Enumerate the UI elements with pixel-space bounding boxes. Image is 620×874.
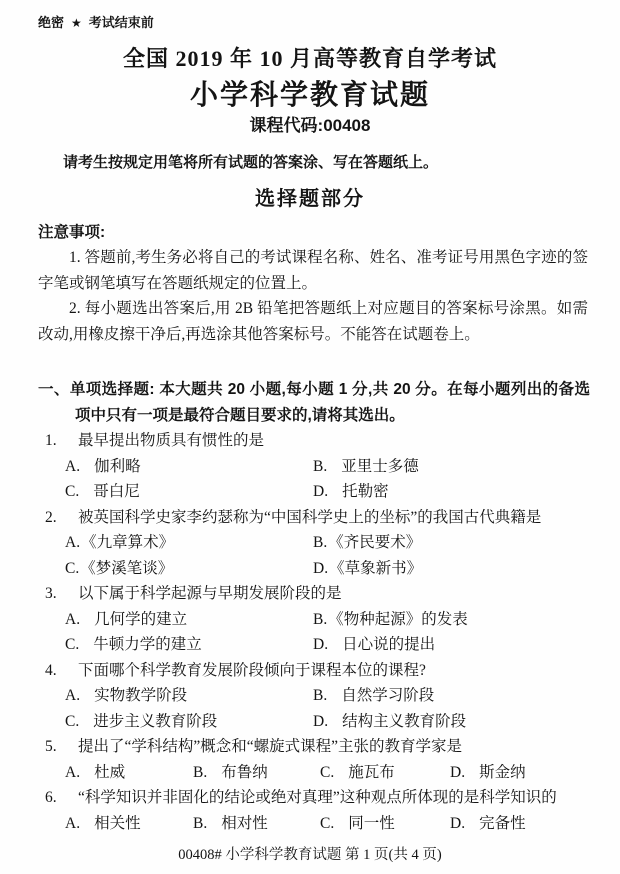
option-label: A. (65, 607, 80, 633)
star-icon: ★ (64, 16, 89, 30)
option-label: A. (65, 811, 80, 837)
option-text: 施瓦布 (348, 764, 395, 781)
option-label: B. (313, 454, 327, 480)
option-text: 日心说的提出 (342, 636, 435, 653)
options-grid: A.实物教学阶段 B.自然学习阶段 C.进步主义教育阶段 D.结构主义教育阶段 (65, 683, 620, 734)
exam-paper-page: 绝密★考试结束前 全国 2019 年 10 月高等教育自学考试 小学科学教育试题… (0, 0, 620, 874)
course-code: 课程代码:00408 (0, 115, 620, 137)
option-label: B. (313, 683, 327, 709)
option-label: A. (65, 454, 80, 480)
options-grid: A.几何学的建立 B.《物种起源》的发表 C.牛顿力学的建立 D.日心说的提出 (65, 607, 620, 658)
question-number: 2. (45, 505, 78, 531)
option-item: B.自然学习阶段 (313, 683, 620, 709)
option-label: C. (65, 709, 79, 735)
question-item: 6. “科学知识并非固化的结论或绝对真理”这种观点所体现的是科学知识的 A.相关… (0, 785, 620, 836)
question-number: 5. (45, 734, 78, 760)
question-number: 4. (45, 658, 78, 684)
security-label: 绝密 (38, 15, 64, 30)
option-item: D.《草象新书》 (313, 556, 620, 582)
question-stem: 被英国科学史家李约瑟称为“中国科学史上的坐标”的我国古代典籍是 (78, 505, 620, 531)
option-item: A.几何学的建立 (65, 607, 313, 633)
option-label: C. (65, 556, 79, 582)
option-item: A.伽利略 (65, 454, 313, 480)
option-text: 《草象新书》 (329, 560, 422, 577)
option-item: A.相关性 (65, 811, 193, 837)
option-text: 《物种起源》的发表 (328, 611, 468, 628)
option-item: C.进步主义教育阶段 (65, 709, 313, 735)
option-label: D. (313, 709, 328, 735)
option-text: 《齐民要术》 (328, 534, 421, 551)
option-text: 实物教学阶段 (94, 687, 187, 704)
option-label: B. (313, 607, 327, 633)
option-text: 进步主义教育阶段 (93, 713, 217, 730)
question-item: 5. 提出了“学科结构”概念和“螺旋式课程”主张的教育学家是 A.杜威 B.布鲁… (0, 734, 620, 785)
option-text: 《梦溪笔谈》 (80, 560, 173, 577)
question-number: 3. (45, 581, 78, 607)
option-item: A.实物教学阶段 (65, 683, 313, 709)
note-item: 1. 答题前,考生务必将自己的考试课程名称、姓名、准考证号用黑色字迹的签字笔或钢… (38, 245, 588, 296)
question-stem-row: 6. “科学知识并非固化的结论或绝对真理”这种观点所体现的是科学知识的 (45, 785, 620, 811)
security-phase: 考试结束前 (89, 15, 154, 30)
options-grid: A.杜威 B.布鲁纳 C.施瓦布 D.斯金纳 (65, 760, 620, 786)
question-stem: 以下属于科学起源与早期发展阶段的是 (78, 581, 620, 607)
option-text: 几何学的建立 (94, 611, 187, 628)
option-item: B.亚里士多德 (313, 454, 620, 480)
question-number: 1. (45, 428, 78, 454)
option-text: 完备性 (479, 815, 526, 832)
option-item: D.结构主义教育阶段 (313, 709, 620, 735)
question-stem-row: 5. 提出了“学科结构”概念和“螺旋式课程”主张的教育学家是 (45, 734, 620, 760)
option-text: 杜威 (94, 764, 125, 781)
question-stem: “科学知识并非固化的结论或绝对真理”这种观点所体现的是科学知识的 (78, 785, 620, 811)
option-item: C.牛顿力学的建立 (65, 632, 313, 658)
option-item: D.日心说的提出 (313, 632, 620, 658)
paper-title: 小学科学教育试题 (0, 78, 620, 112)
option-item: C.哥白尼 (65, 479, 313, 505)
option-label: B. (313, 530, 327, 556)
option-label: C. (320, 811, 334, 837)
option-label: D. (450, 811, 465, 837)
option-item: B.《物种起源》的发表 (313, 607, 620, 633)
option-item: D.斯金纳 (450, 760, 620, 786)
option-label: B. (193, 760, 207, 786)
option-text: 同一性 (348, 815, 395, 832)
option-text: 相关性 (94, 815, 141, 832)
option-item: D.托勒密 (313, 479, 620, 505)
question-stem-row: 3. 以下属于科学起源与早期发展阶段的是 (45, 581, 620, 607)
option-label: C. (65, 479, 79, 505)
question-item: 3. 以下属于科学起源与早期发展阶段的是 A.几何学的建立 B.《物种起源》的发… (0, 581, 620, 658)
option-item: B.布鲁纳 (193, 760, 320, 786)
option-label: A. (65, 530, 80, 556)
question-stem-row: 2. 被英国科学史家李约瑟称为“中国科学史上的坐标”的我国古代典籍是 (45, 505, 620, 531)
options-grid: A.《九章算术》 B.《齐民要术》 C.《梦溪笔谈》 D.《草象新书》 (65, 530, 620, 581)
option-text: 亚里士多德 (341, 458, 419, 475)
note-item: 2. 每小题选出答案后,用 2B 铅笔把答题纸上对应题目的答案标号涂黑。如需改动… (38, 296, 588, 347)
option-item: C.施瓦布 (320, 760, 450, 786)
option-label: D. (313, 479, 328, 505)
exam-title: 全国 2019 年 10 月高等教育自学考试 (0, 45, 620, 73)
question-stem-row: 1. 最早提出物质具有惯性的是 (45, 428, 620, 454)
option-text: 结构主义教育阶段 (342, 713, 466, 730)
option-label: C. (65, 632, 79, 658)
option-text: 相对性 (221, 815, 268, 832)
option-label: D. (313, 632, 328, 658)
notes-heading: 注意事项: (38, 221, 620, 245)
option-label: B. (193, 811, 207, 837)
section-title: 选择题部分 (0, 186, 620, 212)
question-item: 4. 下面哪个科学教育发展阶段倾向于课程本位的课程? A.实物教学阶段 B.自然… (0, 658, 620, 735)
option-text: 《九章算术》 (81, 534, 174, 551)
answer-sheet-instruction: 请考生按规定用笔将所有试题的答案涂、写在答题纸上。 (38, 152, 588, 174)
option-label: A. (65, 683, 80, 709)
option-text: 自然学习阶段 (341, 687, 434, 704)
question-stem-row: 4. 下面哪个科学教育发展阶段倾向于课程本位的课程? (45, 658, 620, 684)
question-number: 6. (45, 785, 78, 811)
option-label: A. (65, 760, 80, 786)
option-text: 牛顿力学的建立 (93, 636, 202, 653)
option-label: D. (313, 556, 328, 582)
option-item: C.《梦溪笔谈》 (65, 556, 313, 582)
question-stem: 最早提出物质具有惯性的是 (78, 428, 620, 454)
option-item: B.《齐民要术》 (313, 530, 620, 556)
question-item: 1. 最早提出物质具有惯性的是 A.伽利略 B.亚里士多德 C.哥白尼 D.托勒… (0, 428, 620, 505)
option-label: C. (320, 760, 334, 786)
options-grid: A.伽利略 B.亚里士多德 C.哥白尼 D.托勒密 (65, 454, 620, 505)
option-text: 托勒密 (342, 483, 389, 500)
option-item: C.同一性 (320, 811, 450, 837)
option-text: 斯金纳 (479, 764, 526, 781)
option-text: 伽利略 (94, 458, 141, 475)
question-stem: 下面哪个科学教育发展阶段倾向于课程本位的课程? (78, 658, 620, 684)
question-item: 2. 被英国科学史家李约瑟称为“中国科学史上的坐标”的我国古代典籍是 A.《九章… (0, 505, 620, 582)
option-text: 哥白尼 (93, 483, 140, 500)
option-item: A.杜威 (65, 760, 193, 786)
option-item: B.相对性 (193, 811, 320, 837)
page-footer: 00408# 小学科学教育试题 第 1 页(共 4 页) (0, 844, 620, 866)
option-label: D. (450, 760, 465, 786)
part-heading: 一、单项选择题: 本大题共 20 小题,每小题 1 分,共 20 分。在每小题列… (38, 377, 590, 428)
option-item: A.《九章算术》 (65, 530, 313, 556)
question-stem: 提出了“学科结构”概念和“螺旋式课程”主张的教育学家是 (78, 734, 620, 760)
security-banner: 绝密★考试结束前 (38, 14, 620, 32)
options-grid: A.相关性 B.相对性 C.同一性 D.完备性 (65, 811, 620, 837)
option-text: 布鲁纳 (221, 764, 268, 781)
option-item: D.完备性 (450, 811, 620, 837)
questions-list: 1. 最早提出物质具有惯性的是 A.伽利略 B.亚里士多德 C.哥白尼 D.托勒… (0, 428, 620, 836)
